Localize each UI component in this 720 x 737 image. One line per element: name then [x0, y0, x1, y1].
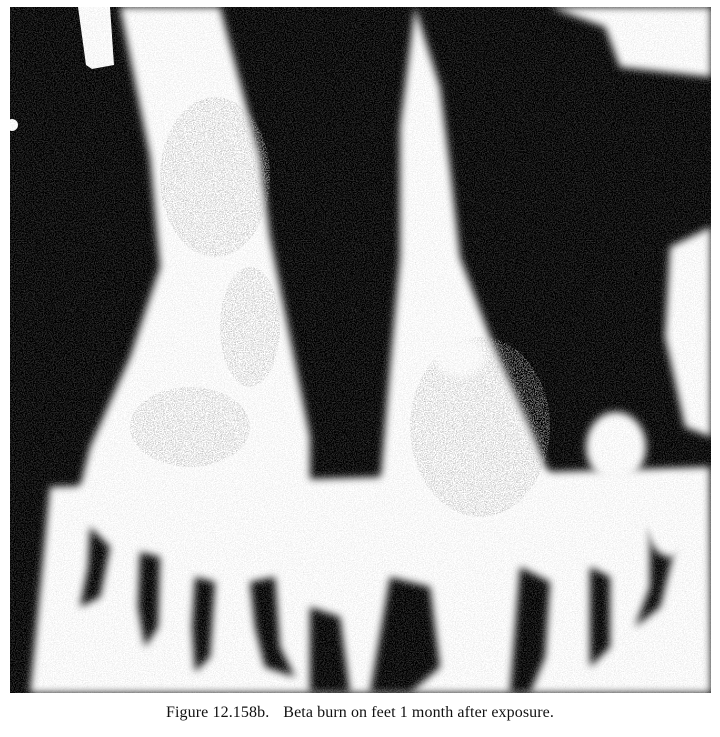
feet-photograph	[10, 7, 711, 693]
figure-caption: Figure 12.158b.Beta burn on feet 1 month…	[0, 704, 720, 722]
figure-label: Figure 12.158b.	[166, 704, 269, 721]
figure-caption-text: Beta burn on feet 1 month after exposure…	[283, 704, 554, 721]
